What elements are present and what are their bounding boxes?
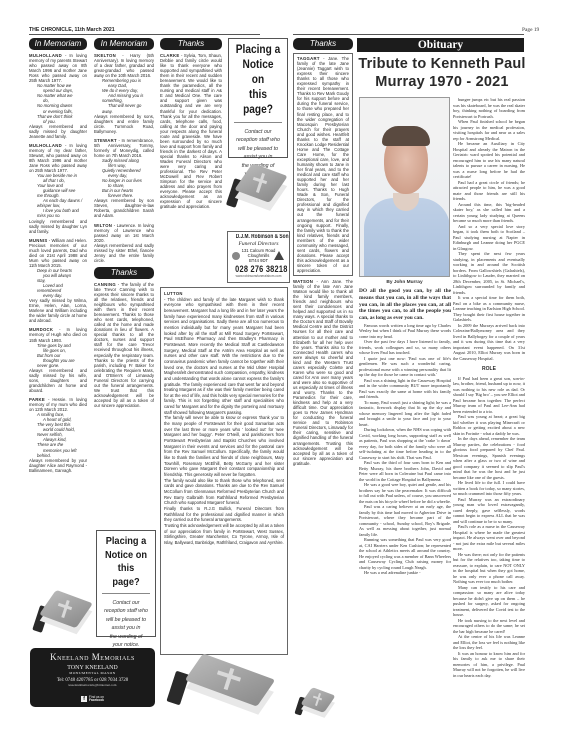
- ad-brand: Kneeland Memorials: [30, 652, 155, 662]
- notice-entry: SKELTON - Harry (5th Anniversary). In lo…: [94, 53, 154, 134]
- article-paragraph: Paul had a great circle of friends; he a…: [453, 180, 525, 202]
- notice-canning: CANNING - The family of the late Trevor …: [94, 282, 154, 408]
- ad-divider: [234, 122, 282, 123]
- section-heading-thanks: Thanks: [160, 38, 222, 50]
- in-memoriam-column-2: In Memoriam SKELTON - Harry (5th Anniver…: [94, 38, 154, 411]
- article-paragraph: He was a real adrenaline junkie -: [359, 570, 451, 576]
- article-paragraph: To many, Paul wasn't just a shining ligh…: [359, 400, 451, 428]
- notice-entry: STEWART - In remembrance, 5th Anniversar…: [94, 138, 154, 219]
- ad-role: MONUMENTAL MASON: [30, 671, 155, 675]
- section-heading-in-memoriam: In Memoriam: [94, 38, 154, 50]
- bible-icon: [228, 165, 288, 210]
- notice-list: SKELTON - Harry (5th Anniversary). In lo…: [94, 53, 154, 263]
- in-memoriam-column-1: In Memoriam MULHOLLAND - In loving memor…: [29, 38, 87, 477]
- ad-phone: 028 276 38218: [235, 264, 282, 274]
- verse: Deep in our heartsyou will alwaysstay,Lo…: [29, 268, 87, 298]
- header-rule: [29, 34, 260, 35]
- kneeland-memorials-ad: Kneeland Memorials TONY KNEELAND MONUMEN…: [30, 648, 155, 707]
- section-heading-in-memoriam: In Memoriam: [29, 38, 87, 50]
- article-paragraph: It was an honour to know him and for his…: [453, 651, 525, 679]
- verse: Remembering you iseasy Dad,We do it ever…: [94, 78, 154, 113]
- ad-address: 131 Calcurn Road Cloughmills BT44 9DT: [230, 248, 287, 263]
- verse: A smiling face,A heart of gold,The very …: [29, 412, 87, 457]
- triangle-logo-icon: [274, 251, 284, 260]
- article-paragraph: He lived life to the full. I could have …: [453, 480, 525, 497]
- article-headline: Tribute to Kenneth Paul Murray 1970 - 20…: [357, 56, 527, 91]
- placing-notice-ad: Placing a Notice on this page? Contact o…: [228, 38, 288, 158]
- article-paragraph: bungee jumps etc but his real passion wa…: [453, 97, 525, 119]
- ad-subtitle: Funeral Directors: [230, 241, 287, 247]
- article-paragraph: In 2009 the Murrays arrived back into Co…: [453, 323, 525, 362]
- article-paragraph: When Paul finished school he began his j…: [453, 119, 525, 141]
- page-number: Page 19: [522, 27, 539, 33]
- article-paragraph: At the centre of his life was Leanne and…: [453, 634, 525, 651]
- notice-entry: PARKE - Hessie. In loving memory of my m…: [29, 397, 87, 473]
- article-paragraph: In the days ahead, remember the team Mur…: [453, 436, 525, 480]
- article-paragraph: He took nursing to the next level and en…: [453, 618, 525, 635]
- article-paragraph: Paul's role as a nurse in the Causeway H…: [453, 524, 525, 552]
- bible-icon: [32, 592, 92, 634]
- notice-entry: MURDOCK - In loving memory of Hugh who d…: [29, 327, 87, 393]
- notice-entry: MULHOLLAND - In loving memory of my pare…: [29, 53, 87, 139]
- ad-brand: D.J.M. Robinson & Son: [236, 234, 282, 240]
- article-lead: DO all the good you can, by all the mean…: [359, 288, 451, 322]
- article-paragraph: Many can testify to his care and compass…: [453, 585, 525, 618]
- notice-watson: WATSON - Ann Jane. The family of the lat…: [293, 279, 353, 466]
- thanks-column: Thanks CLARKE - Sylvia, Tom, Shaun, Debb…: [160, 38, 222, 212]
- article-column-right: bungee jumps etc but his real passion wa…: [453, 97, 525, 678]
- article-paragraph: Paul was a shining light in the Causeway…: [359, 378, 451, 400]
- ad-divider: [102, 593, 150, 594]
- notice-clarke: CLARKE - Sylvia, Tom, Shaun, Debbie and …: [160, 53, 222, 209]
- article-paragraph: Paul was the third of four sons born to …: [359, 460, 451, 482]
- portrait-photo: [359, 97, 450, 277]
- bible-icon: [296, 688, 336, 718]
- section-heading-obituary: Obituary: [357, 38, 524, 52]
- article-paragraph: Over the past few days I have listened t…: [359, 339, 451, 356]
- seal-icon: [232, 252, 240, 260]
- notice-lutton: LUTTON - The children and family of the …: [160, 287, 288, 655]
- article-paragraph: Paul was a caring believer at an early a…: [359, 504, 451, 537]
- article-paragraph: He became an Auxiliary in City Hospital …: [453, 141, 525, 180]
- byline: By John Murray: [359, 280, 450, 285]
- verse: Time goes by andlife goes on,But from ou…: [29, 343, 87, 368]
- ad-email: kneelandmemorials@btinternet.com: [30, 683, 155, 687]
- article-paragraph: And so a very special love story began, …: [453, 224, 525, 252]
- masthead: THE CHRONICLE, 11th March 2021: [29, 27, 260, 33]
- thanks-column-2: Thanks TAGGART - Jane. The family of the…: [293, 38, 353, 469]
- funeral-directors-ad: D.J.M. Robinson & Son Funeral Directors …: [227, 231, 290, 283]
- facebook-icon: f: [81, 696, 87, 702]
- facebook-badge: f Find us on Facebook: [81, 696, 104, 703]
- placing-notice-ad: Placing a Notice on this page? Contact o…: [96, 530, 156, 637]
- ad-headline: Placing a Notice on this page?: [103, 535, 149, 589]
- bible-icon: [165, 662, 285, 712]
- verse: No matter how wespend our days,No matter…: [29, 83, 87, 123]
- article-paragraph: He was a good wee boy, quiet and gentle,…: [359, 482, 451, 504]
- notice-entry: WILTON - Lawrence. In loving memory of L…: [94, 223, 154, 263]
- article-paragraph: They spent the next few years studying, …: [453, 251, 525, 295]
- notice-list: MULHOLLAND - In loving memory of my pare…: [29, 53, 87, 473]
- verse: Sadly missed alonglife's way,Quietly rem…: [94, 158, 154, 198]
- section-heading-thanks: Thanks: [293, 38, 353, 50]
- article-column-left: DO all the good you can, by all the mean…: [359, 288, 451, 576]
- article-subhead: ROLE: [453, 367, 525, 373]
- article-paragraph: I quote just one now: 'Paul was one of l…: [359, 356, 451, 378]
- header-rule: [293, 34, 524, 35]
- article-paragraph: Running was something that Paul was very…: [359, 537, 451, 570]
- section-heading-thanks: Thanks: [94, 267, 154, 279]
- ad-headline: Placing a Notice on this page?: [235, 43, 281, 118]
- article-paragraph: Paul was young at heart; a great big kid…: [453, 414, 525, 436]
- notice-taggart: TAGGART - Jane. The family of the late J…: [293, 53, 353, 276]
- article-paragraph: If Paul had been a great son, son-in-law…: [453, 376, 525, 415]
- verse: You are beside me inall that I do,Your l…: [29, 173, 87, 218]
- ad-body: Contact our reception staff who will be …: [103, 599, 150, 649]
- ad-website: www.robinsonsfuneralsbcm.com: [230, 274, 287, 278]
- article-paragraph: Paul Murray was an extraordinary young m…: [453, 497, 525, 525]
- article-paragraph: During lockdown, when the NHS was coping…: [359, 427, 451, 460]
- article-paragraph: He was there; not only for the patients …: [453, 552, 525, 585]
- article-paragraph: Famous words written a long time ago by …: [359, 323, 451, 340]
- article-paragraph: Around this time, this 'big-headed skate…: [453, 202, 525, 224]
- notice-entry: MUNNIS - William and Helen. Precious mem…: [29, 238, 87, 324]
- notice-entry: MULHOLLAND - In loving memory of my dear…: [29, 143, 87, 234]
- article-paragraph: It was a special time for them both, Pau…: [453, 295, 525, 323]
